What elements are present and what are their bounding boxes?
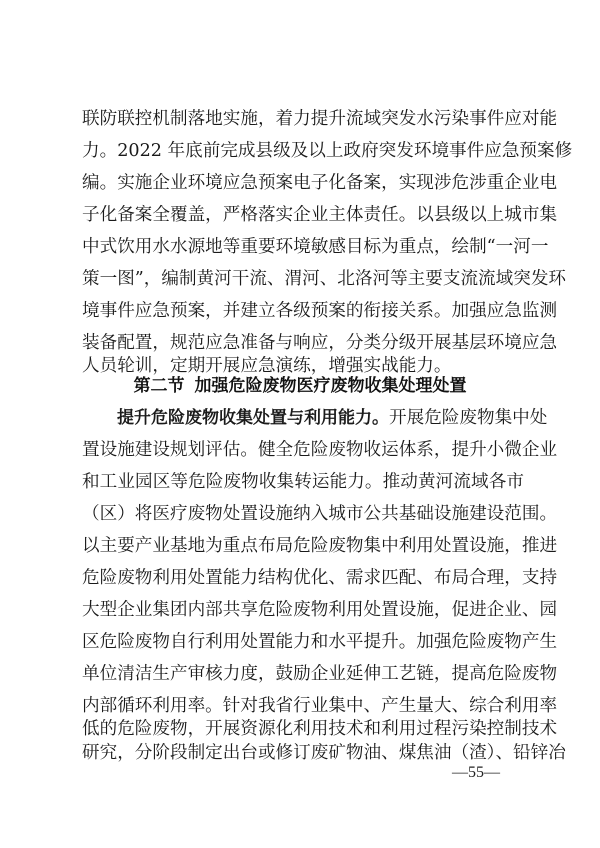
document-page: 联防联控机制落地实施，着力提升流域突发水污染事件应对能 力。2022 年底前完成…	[0, 0, 600, 848]
text-line: 区危险废物自行利用处置能力和水平提升。加强危险废物产生	[82, 629, 524, 655]
paragraph-lead-rest: 开展危险废物集中处	[389, 408, 547, 428]
text-line: 力。2022 年底前完成县级及以上政府突发环境事件应急预案修	[82, 138, 524, 164]
section-heading: 第二节加强危险废物医疗废物收集处理处置	[0, 373, 600, 399]
text-line: （区）将医疗废物处置设施纳入城市公共基础设施建设范围。	[82, 501, 524, 527]
text-line: 中式饮用水水源地等重要环境敏感目标为重点，绘制“一河一	[82, 234, 524, 260]
text-line: 境事件应急预案，并建立各级预案的衔接关系。加强应急监测	[82, 298, 524, 324]
section-title: 加强危险废物医疗废物收集处理处置	[195, 376, 467, 396]
text-line: 子化备案全覆盖，严格落实企业主体责任。以县级以上城市集	[82, 202, 524, 228]
text-line: 单位清洁生产审核力度，鼓励企业延伸工艺链，提高危险废物	[82, 661, 524, 687]
section-number: 第二节	[134, 376, 185, 396]
text-line: 和工业园区等危险废物收集转运能力。推动黄河流域各市	[82, 469, 524, 495]
text-line: 策一图”，编制黄河干流、渭河、北洛河等主要支流流域突发环	[82, 266, 524, 292]
text-line: 编。实施企业环境应急预案电子化备案，实现涉危涉重企业电	[82, 170, 524, 196]
text-line: 以主要产业基地为重点布局危险废物集中利用处置设施，推进	[82, 533, 524, 559]
text-line: 低的危险废物，开展资源化利用技术和利用过程污染控制技术	[82, 716, 524, 742]
page-number: —55—	[440, 763, 512, 783]
text-line: 置设施建设规划评估。健全危险废物收运体系，提升小微企业	[82, 437, 524, 463]
text-line: 大型企业集团内部共享危险废物利用处置设施，促进企业、园	[82, 597, 524, 623]
text-line-first: 提升危险废物收集处置与利用能力。开展危险废物集中处	[117, 405, 524, 431]
text-line: 联防联控机制落地实施，着力提升流域突发水污染事件应对能	[82, 106, 524, 132]
text-line: 危险废物利用处置能力结构优化、需求匹配、布局合理，支持	[82, 565, 524, 591]
paragraph-lead-bold: 提升危险废物收集处置与利用能力。	[117, 408, 389, 428]
